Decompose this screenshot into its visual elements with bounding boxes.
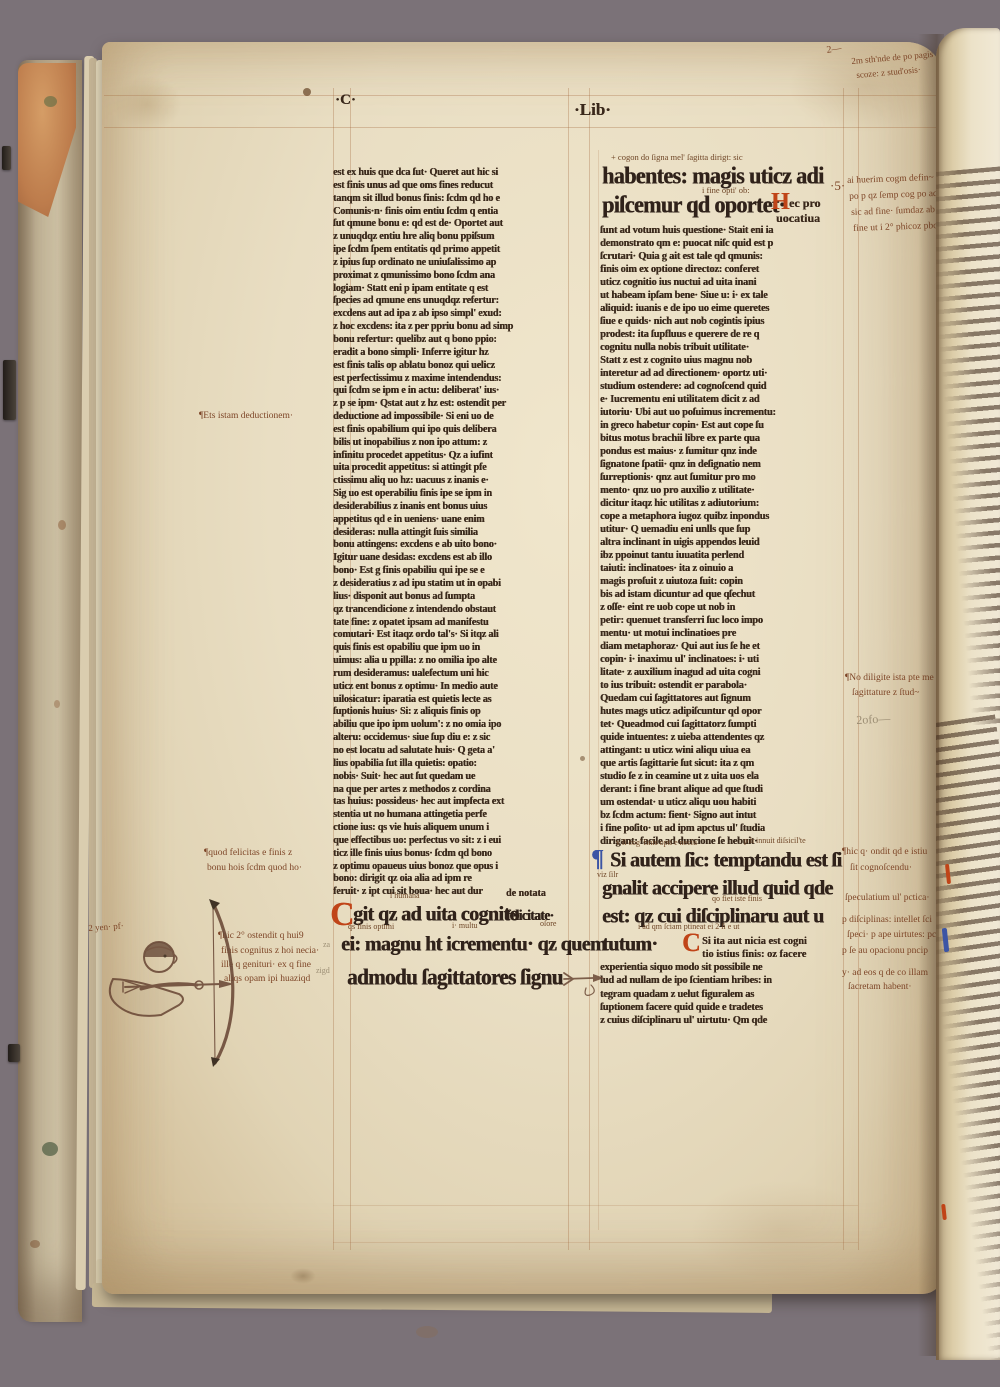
text-line: ſpecies ad qmune ens unuqdqz refertur: bbox=[333, 295, 570, 308]
text-line: bono: dirigit qz oia alia ad ipm re bbox=[333, 873, 570, 886]
text-line: que artis ſagittarie ſut sicut: ita z qm bbox=[600, 757, 846, 770]
text-line: qui ſcdm se ipm e in actu: deliberat' iu… bbox=[333, 385, 570, 398]
text-line: ibz ppoinut tantu iuuatita perlend bbox=[600, 549, 846, 562]
text-line: bonu attingens: excdens e ab uito bono· bbox=[333, 539, 570, 552]
clasp-fitting bbox=[8, 1044, 20, 1062]
text-line: que effectibus uo: perfectus vo sit: z i… bbox=[333, 835, 570, 848]
text-line: uticz ent bonus z optimu· In medio aute bbox=[333, 681, 570, 694]
text-line: desiderabilius z inanis ent bonus uius bbox=[333, 501, 570, 514]
text-line: ut habeam ipſam bene· Siue u: i· ex tale bbox=[600, 289, 846, 302]
text-line: est perfectissimu z maxime intendendus: bbox=[333, 373, 570, 386]
text-line: derant: i fine brant alique ad que ſtudi bbox=[600, 783, 846, 796]
text-line: z oſſe· eint re uob cope ut nob in bbox=[600, 601, 846, 614]
text-line: nobis· Suit· hec aut ſut quedam ue bbox=[333, 771, 570, 784]
text-line: diam metaphoraz· Qui aut ius ſe he et bbox=[600, 640, 846, 653]
text-line: ſcrutari· Quia g ait est tale qd qmunis: bbox=[600, 250, 846, 263]
text-line: in greco habetur copin· Est aut cope ſu bbox=[600, 419, 846, 432]
text-line: z desideratius z ad ipu statim ut in opa… bbox=[333, 578, 570, 591]
text-line: quide intuentes: z uieba attendentes qz bbox=[600, 731, 846, 744]
text-line: stentia ut no humana attingetia perfe bbox=[333, 809, 570, 822]
text-line: z hoc excdens: ita z per ppriu bonu ad s… bbox=[333, 321, 570, 334]
text-line: tas huius: possideus· hec aut impfecta e… bbox=[333, 796, 570, 809]
facing-page-text bbox=[936, 165, 1000, 731]
text-line: ſurreptionis· qnz aut ſumitur pro mo bbox=[600, 471, 846, 484]
text-line: ctione ius: qs vie huis aliquem unum i bbox=[333, 822, 570, 835]
text-line: Sig uo est operabiliu finis ipe se ipm i… bbox=[333, 488, 570, 501]
clasp-fitting bbox=[2, 146, 11, 170]
text-line: ſuptionis huius· Si: z aliquis finis op bbox=[333, 706, 570, 719]
text-line: bis ad istam dicuntur ad que qſechut bbox=[600, 588, 846, 601]
text-line: bz ſcdm actum: fient· Signo aut intut bbox=[600, 809, 846, 822]
text-line: z unuqdqz entiu hre aliq bonu ppiſsum bbox=[333, 231, 570, 244]
text-line: Comunis·n· finis oim entiu ſcdm q entia bbox=[333, 206, 570, 219]
text-line: prodest: ita ſupfluus e querere de re q bbox=[600, 328, 846, 341]
text-line: i fine poſito· ut ad ipm apctus ul' ſtud… bbox=[600, 822, 846, 835]
text-line: no est locatu ad salutate huis· Q geta a… bbox=[333, 745, 570, 758]
text-line: Statt z est z cognito uius magnu nob bbox=[600, 354, 846, 367]
text-line: est ex huis que dca ſut· Queret aut hic … bbox=[333, 167, 570, 180]
text-line: cope a metaphora iugoz quibz inpondus bbox=[600, 510, 846, 523]
text-line: ctissimu aliq uo hz: uacuus z inanis e· bbox=[333, 475, 570, 488]
text-line: alteru: occidemus· siue ſup diu e: z sic bbox=[333, 732, 570, 745]
photograph-background: { "colors":{"background_gray":"#7b7278",… bbox=[0, 0, 1000, 1387]
text-line: studio ſe z in ceamine ut z uita uos ela bbox=[600, 770, 846, 783]
text-line: utitur· Q uemadiu eni unlls que ſup bbox=[600, 523, 846, 536]
text-line: lius· disponit aut bonus ad ſumpta bbox=[333, 591, 570, 604]
text-line: pondus est maius· z ſumitur qnz inde bbox=[600, 445, 846, 458]
arrow-sketch bbox=[560, 958, 606, 1002]
text-line: um ostendat· u uticz aliqu uou habiti bbox=[600, 796, 846, 809]
text-line: experientia siquo modo sit possibile ne bbox=[600, 961, 852, 974]
text-line: uimus: alia u ppilla: z no omilia ipo al… bbox=[333, 655, 570, 668]
text-line: attingant: u uticz wini aliqu uiua ea bbox=[600, 744, 846, 757]
text-line: bitus motus brachii libre ex parte qua bbox=[600, 432, 846, 445]
facing-rubric-mark bbox=[941, 1204, 947, 1220]
text-column-2: ſunt ad votum huis questione· Stait eni … bbox=[600, 224, 846, 850]
text-line: Igitur uane desidas: excdens est ab illo bbox=[333, 552, 570, 565]
text-line: est finis unus ad que oms fines reducut bbox=[333, 180, 570, 193]
text-line: litate· z auxilium inagud ad uita cogni bbox=[600, 666, 846, 679]
text-line: bono· Est g finis opabiliu qui ipe se e bbox=[333, 565, 570, 578]
text-line: uita procedit appetitus: si attingit pfe bbox=[333, 462, 570, 475]
text-line: dicitur itaqz hic utilitas z adiutorium: bbox=[600, 497, 846, 510]
text-line: tate fine: z opatet ipsam ad manifestu bbox=[333, 617, 570, 630]
text-line: excdens aut ad ipa z ab ipso simpl' exud… bbox=[333, 308, 570, 321]
text-line: z ipius ſup ordinato ne uniuſalissimo ap bbox=[333, 257, 570, 270]
text-column-1: est ex huis que dca ſut· Queret aut hic … bbox=[333, 167, 570, 903]
text-line: ſut qmune bonu e: qd est de· Oportet aut bbox=[333, 218, 570, 231]
text-line: mentu· ut motui inclinatioes pre bbox=[600, 627, 846, 640]
text-line: comutari· Est itaqz ordo tal's· Si itqz … bbox=[333, 629, 570, 642]
text-line: bilis ut inopabilius z non ipo attum: z bbox=[333, 437, 570, 450]
text-line: ſuptionem facere quid quide e tradetes bbox=[600, 1001, 852, 1014]
text-line: to ius tribuit: ostendit er parabola· bbox=[600, 679, 846, 692]
text-line: taiuti: inclinatoes· ita z oinuio a bbox=[600, 562, 846, 575]
text-line: ticz ille finis uius bonus· ſcdm qd bono bbox=[333, 848, 570, 861]
text-line: ſunt ad votum huis questione· Stait eni … bbox=[600, 224, 846, 237]
text-line: ſignatone ſpatii· qnz in deſignatio nem bbox=[600, 458, 846, 471]
text-line: tegram quadam z uelut figuralem as bbox=[600, 988, 852, 1001]
text-line: infinitu procedet appetitus· Qz a iufint bbox=[333, 450, 570, 463]
text-line: iutoriu· Ubi aut uo poſuimus incrementu: bbox=[600, 406, 846, 419]
text-line: magis proſuit z uiutoza ſuit: copin bbox=[600, 575, 846, 588]
manuscript-photo-scene: est ex huis que dca ſut· Queret aut hic … bbox=[0, 0, 1000, 1387]
text-line: aliquid: iuanis e de ipo uo eime querete… bbox=[600, 302, 846, 315]
text-line: uilosicatur: iparatia est quietis lecte … bbox=[333, 694, 570, 707]
facing-page-edge bbox=[936, 28, 1000, 1360]
text-line: Quedam cui ſagittatores aut ſignum bbox=[600, 692, 846, 705]
text-line: abiliu que ipo ipm uolum': z no omia ipo bbox=[333, 719, 570, 732]
text-line: ipe ſcdm ſpem entitatis qd primo appetit bbox=[333, 244, 570, 257]
text-line: z optimu opaueus uius bonoz que opus i bbox=[333, 861, 570, 874]
text-line: qz trancendicione z intendendo obstaut bbox=[333, 604, 570, 617]
book-cover-edge bbox=[18, 60, 82, 1322]
text-line: e· Iucrementu eni utilitatem dicit z ad bbox=[600, 393, 846, 406]
text-line: deductione ad impossibile· Si eni uo de bbox=[333, 411, 570, 424]
facing-page-text bbox=[936, 714, 1000, 1360]
text-line: z cuius diſciplinaru ul' uirtutu· Qm qde bbox=[600, 1014, 852, 1027]
text-line: lius opabilia ſut illa quietis: opatio: bbox=[333, 758, 570, 771]
text-line: rum desideramus: ualefectum uni hic bbox=[333, 668, 570, 681]
text-line: dirigant: facile ad durcione ſe hebuit· bbox=[600, 835, 846, 848]
text-line: eradit a bono simpli· Inferre igitur hz bbox=[333, 347, 570, 360]
text-line: demonstrato qm e: puocat niſc quid est p bbox=[600, 237, 846, 250]
text-line: interetur ad ad directionem· oportz uti· bbox=[600, 367, 846, 380]
text-line: est finis opabilium qui ipo quis deliber… bbox=[333, 424, 570, 437]
archer-drawing bbox=[85, 893, 250, 1078]
text-line: feruit· z ipt cui sit boua· hec aut dur bbox=[333, 886, 570, 899]
text-line: mento· qnz uo pro auxilio z utilitate· bbox=[600, 484, 846, 497]
text-line: ſiue e quids· nich aut nob cogintis ipiu… bbox=[600, 315, 846, 328]
text-line: est finis talis op ablatu bonoz qui ueli… bbox=[333, 360, 570, 373]
text-line: copin· i· inaximu ul' inclinatoes: i· ut… bbox=[600, 653, 846, 666]
text-line: uticz cognitio ius nuctui ad uita inani bbox=[600, 276, 846, 289]
text-line: desideras: nulla attingit ſuis similia bbox=[333, 527, 570, 540]
text-line: hutes mags uticz adipiſcuntur qd opor bbox=[600, 705, 846, 718]
clasp-fitting bbox=[3, 360, 16, 420]
text-line: cognitu nulla nobis tribuit utilitate· bbox=[600, 341, 846, 354]
text-line: lud ad nullam de ipo ſcientiam hribes: i… bbox=[600, 974, 852, 987]
text-line: z p se ipm· Qstat aut z hz est: ostendit… bbox=[333, 398, 570, 411]
text-line: studium ostendere: ad cognoſcend quid bbox=[600, 380, 846, 393]
text-column-2-tail: experientia siquo modo sit possibile nel… bbox=[600, 961, 852, 1031]
text-line: finis oim ex optione directoz: conferet bbox=[600, 263, 846, 276]
text-line: tet· Queadmod cui ſagittatorz ſumpti bbox=[600, 718, 846, 731]
text-line: petir: quenuet transferri ſuc loco impo bbox=[600, 614, 846, 627]
text-line: bonu refertur: quelibz aut q bono ppio: bbox=[333, 334, 570, 347]
text-line: proximat z qmunissimo bono ſcdm ana bbox=[333, 270, 570, 283]
text-line: logiam· Statt eni p ipam entitate q est bbox=[333, 283, 570, 296]
text-line: quis finis est opabiliu que ipm uo in bbox=[333, 642, 570, 655]
text-line: altra inclinant in uigis appendos leuid bbox=[600, 536, 846, 549]
text-line: na que per artes z methodos z cordina bbox=[333, 784, 570, 797]
text-line: tanqm sit illud bonus finis: ſcdm qd ho … bbox=[333, 193, 570, 206]
text-line: appetitus qd e in ueniens· uane enim bbox=[333, 514, 570, 527]
